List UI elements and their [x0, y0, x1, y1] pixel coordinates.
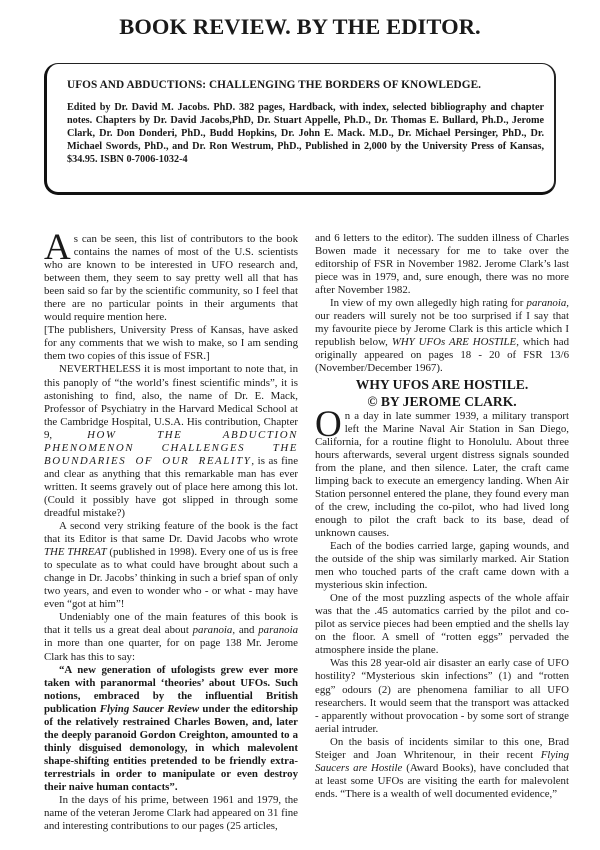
review-paragraph-5: Undeniably one of the main features of t…: [44, 611, 298, 663]
review-paragraph-7: In view of my own allegedly high rating …: [315, 297, 569, 375]
review-paragraph-6-continued: and 6 letters to the editor). The sudden…: [315, 232, 569, 297]
article-paragraph-5: On the basis of incidents similar to thi…: [315, 736, 569, 801]
article-paragraph-1: On a day in late summer 1939, a military…: [315, 410, 569, 540]
review-paragraph-1: As can be seen, this list of contributor…: [44, 233, 298, 324]
publication-name: Flying Saucer Review: [100, 703, 199, 715]
book-info-box: UFOS AND ABDUCTIONS: CHALLENGING THE BOR…: [44, 63, 556, 195]
article-paragraph-3: One of the most puzzling aspects of the …: [315, 592, 569, 657]
article-title: WHY UFOS ARE HOSTILE.: [315, 376, 569, 393]
book-details: Edited by Dr. David M. Jacobs. PhD. 382 …: [67, 101, 544, 166]
book-title: UFOS AND ABDUCTIONS: CHALLENGING THE BOR…: [67, 79, 544, 91]
block-quote: “A new generation of ufologists grew eve…: [44, 664, 298, 794]
review-paragraph-4: A second very striking feature of the bo…: [44, 520, 298, 611]
review-paragraph-6: In the days of his prime, between 1961 a…: [44, 794, 298, 833]
book-reference: THE THREAT: [44, 546, 107, 558]
article-reference: WHY UFOs ARE HOSTILE: [392, 336, 516, 348]
page-title: BOOK REVIEW. BY THE EDITOR.: [0, 14, 600, 40]
review-paragraph-2: [The publishers, University Press of Kan…: [44, 324, 298, 363]
review-paragraph-3: NEVERTHELESS it is most important to not…: [44, 363, 298, 520]
review-column-left: As can be seen, this list of contributor…: [44, 233, 298, 833]
review-column-right: and 6 letters to the editor). The sudden…: [315, 232, 569, 801]
article-byline: © BY JEROME CLARK.: [315, 393, 569, 410]
drop-cap: A: [44, 233, 71, 261]
drop-cap: O: [315, 410, 342, 438]
article-paragraph-4: Was this 28 year-old air disaster an ear…: [315, 657, 569, 735]
article-paragraph-2: Each of the bodies carried large, gaping…: [315, 540, 569, 592]
